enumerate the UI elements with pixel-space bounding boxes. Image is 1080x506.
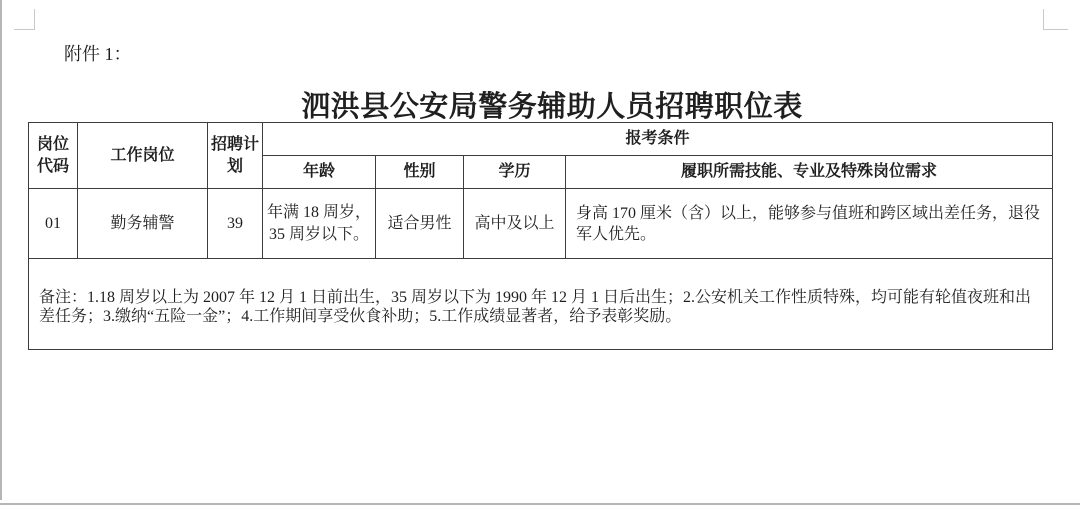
attachment-label: 附件 1： <box>64 40 132 66</box>
cell-job-title: 勤务辅警 <box>78 189 208 259</box>
page-bottom-edge <box>0 503 1080 505</box>
header-education: 学历 <box>464 156 566 189</box>
table-remarks-row: 备注：1.18 周岁以上为 2007 年 12 月 1 日前出生，35 周岁以下… <box>29 259 1053 350</box>
header-job-title: 工作岗位 <box>78 123 208 189</box>
page-title: 泗洪县公安局警务辅助人员招聘职位表 <box>301 84 803 125</box>
document-page: { "page": { "attachment_label": "附件 1：",… <box>0 0 1080 506</box>
remarks-text: 备注：1.18 周岁以上为 2007 年 12 月 1 日前出生，35 周岁以下… <box>29 259 1053 350</box>
recruitment-table: 岗位代码 工作岗位 招聘计划 报考条件 年龄 性别 学历 履职所需技能、专业及特… <box>28 122 1053 350</box>
table-header-row-1: 岗位代码 工作岗位 招聘计划 报考条件 <box>29 123 1053 156</box>
page-left-edge <box>0 0 2 500</box>
cell-position-code: 01 <box>29 189 78 259</box>
cell-gender: 适合男性 <box>376 189 464 259</box>
cell-skills: 身高 170 厘米（含）以上，能够参与值班和跨区域出差任务，退役军人优先。 <box>566 189 1053 259</box>
header-conditions-group: 报考条件 <box>263 123 1053 156</box>
header-gender: 性别 <box>376 156 464 189</box>
header-position-code: 岗位代码 <box>29 123 78 189</box>
cell-recruit-plan: 39 <box>208 189 263 259</box>
margin-crop-mark-top-left-icon <box>14 9 35 30</box>
cell-age: 年满 18 周岁，35 周岁以下。 <box>263 189 376 259</box>
header-skills: 履职所需技能、专业及特殊岗位需求 <box>566 156 1053 189</box>
margin-crop-mark-top-right-icon <box>1043 9 1068 30</box>
header-recruit-plan: 招聘计划 <box>208 123 263 189</box>
header-age: 年龄 <box>263 156 376 189</box>
table-row: 01 勤务辅警 39 年满 18 周岁，35 周岁以下。 适合男性 高中及以上 … <box>29 189 1053 259</box>
cell-education: 高中及以上 <box>464 189 566 259</box>
